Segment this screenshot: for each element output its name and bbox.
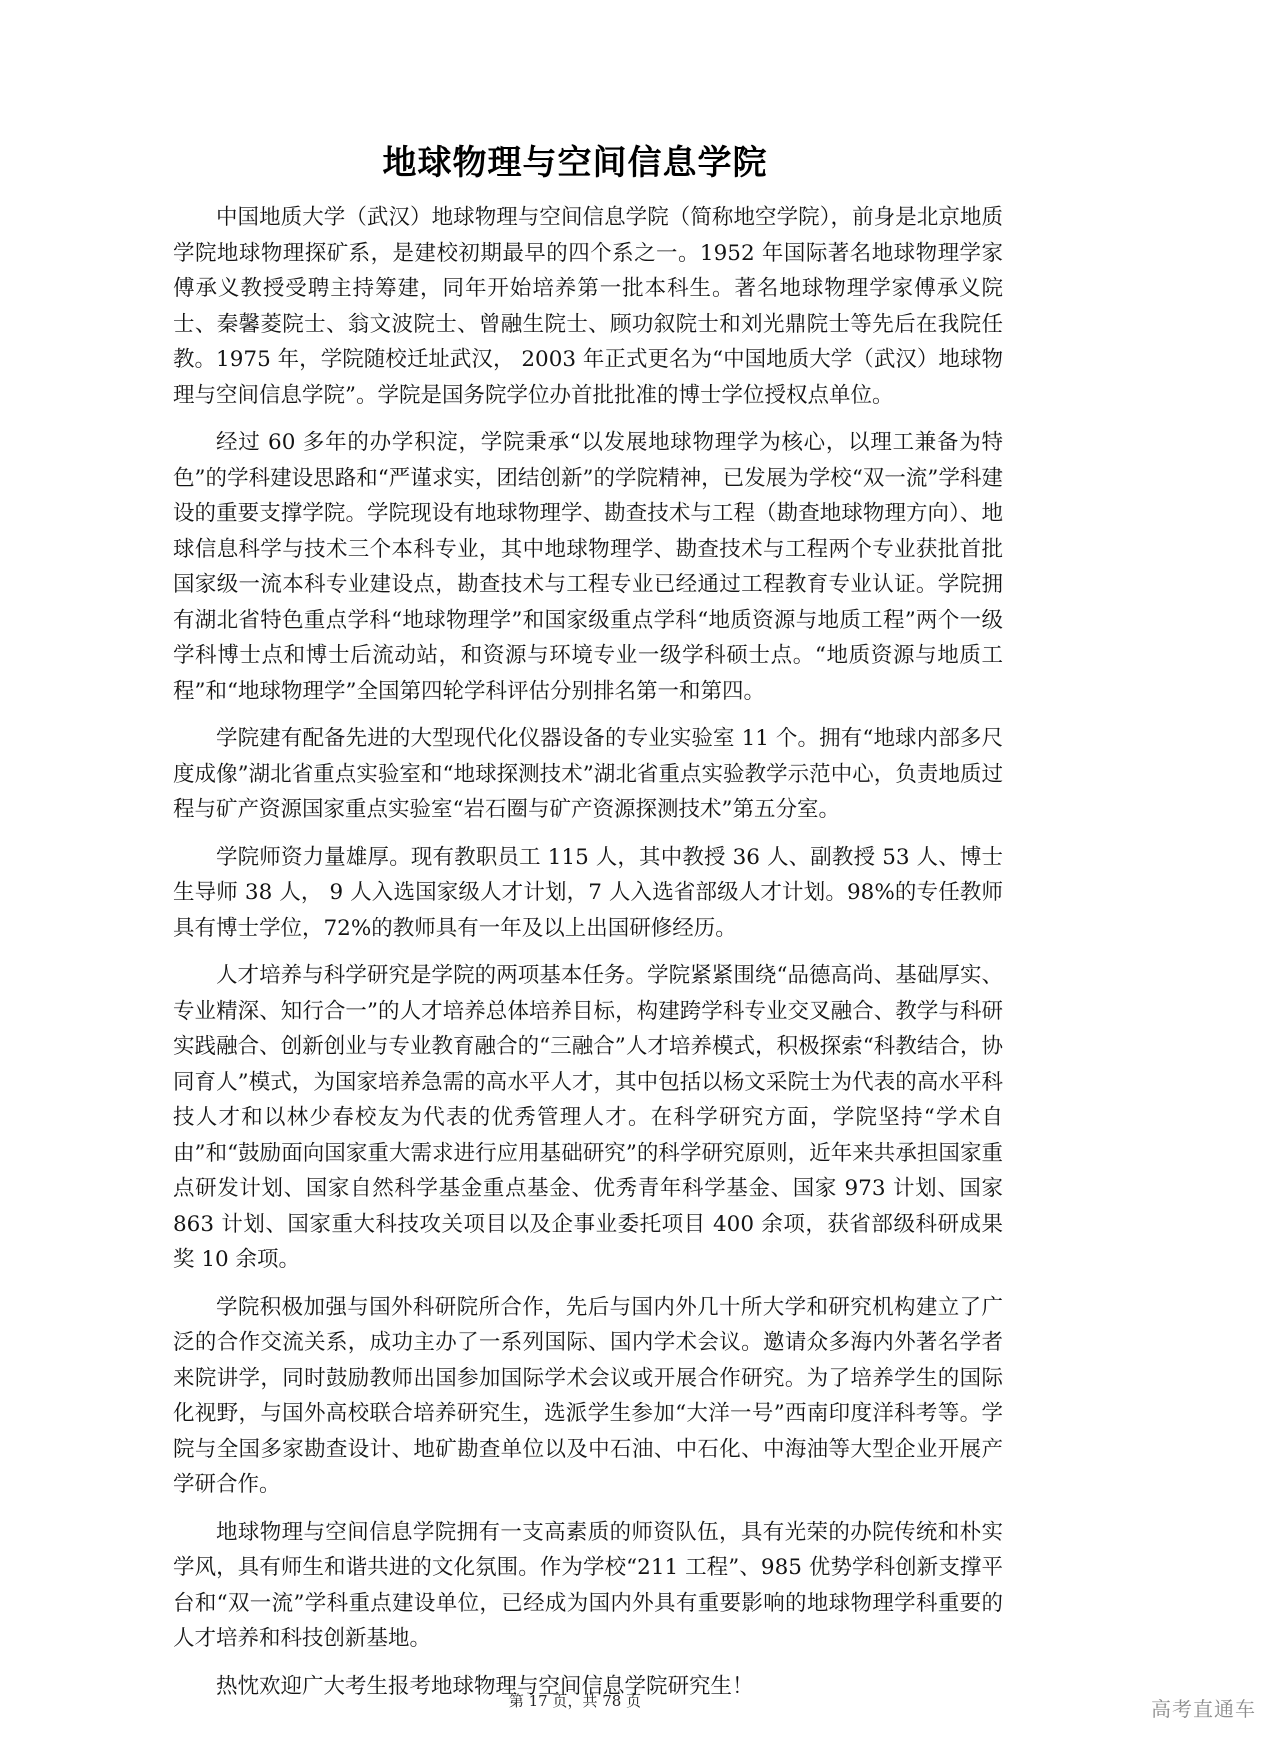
watermark-logo-text: 高考直通车 <box>1151 1693 1256 1722</box>
paragraph-education-research: 人才培养与科学研究是学院的两项基本任务。学院紧紧围绕“品德高尚、基础厚实、专业精… <box>173 958 1003 1278</box>
page-number: 第 17 页，共 78 页 <box>0 1690 1150 1711</box>
document-body: 中国地质大学（武汉）地球物理与空间信息学院（简称地空学院），前身是北京地质学院地… <box>173 200 1003 1716</box>
document-page: 地球物理与空间信息学院 中国地质大学（武汉）地球物理与空间信息学院（简称地空学院… <box>0 0 1280 1749</box>
paragraph-disciplines: 经过 60 多年的办学积淀，学院秉承“以发展地球物理学为核心，以理工兼备为特色”… <box>173 425 1003 709</box>
paragraph-history: 中国地质大学（武汉）地球物理与空间信息学院（简称地空学院），前身是北京地质学院地… <box>173 200 1003 413</box>
paragraph-faculty: 学院师资力量雄厚。现有教职员工 115 人，其中教授 36 人、副教授 53 人… <box>173 840 1003 947</box>
paragraph-cooperation: 学院积极加强与国外科研院所合作，先后与国内外几十所大学和研究机构建立了广泛的合作… <box>173 1290 1003 1503</box>
paragraph-summary: 地球物理与空间信息学院拥有一支高素质的师资队伍，具有光荣的办院传统和朴实学风，具… <box>173 1515 1003 1657</box>
paragraph-laboratories: 学院建有配备先进的大型现代化仪器设备的专业实验室 11 个。拥有“地球内部多尺度… <box>173 721 1003 828</box>
page-title: 地球物理与空间信息学院 <box>0 135 1150 184</box>
